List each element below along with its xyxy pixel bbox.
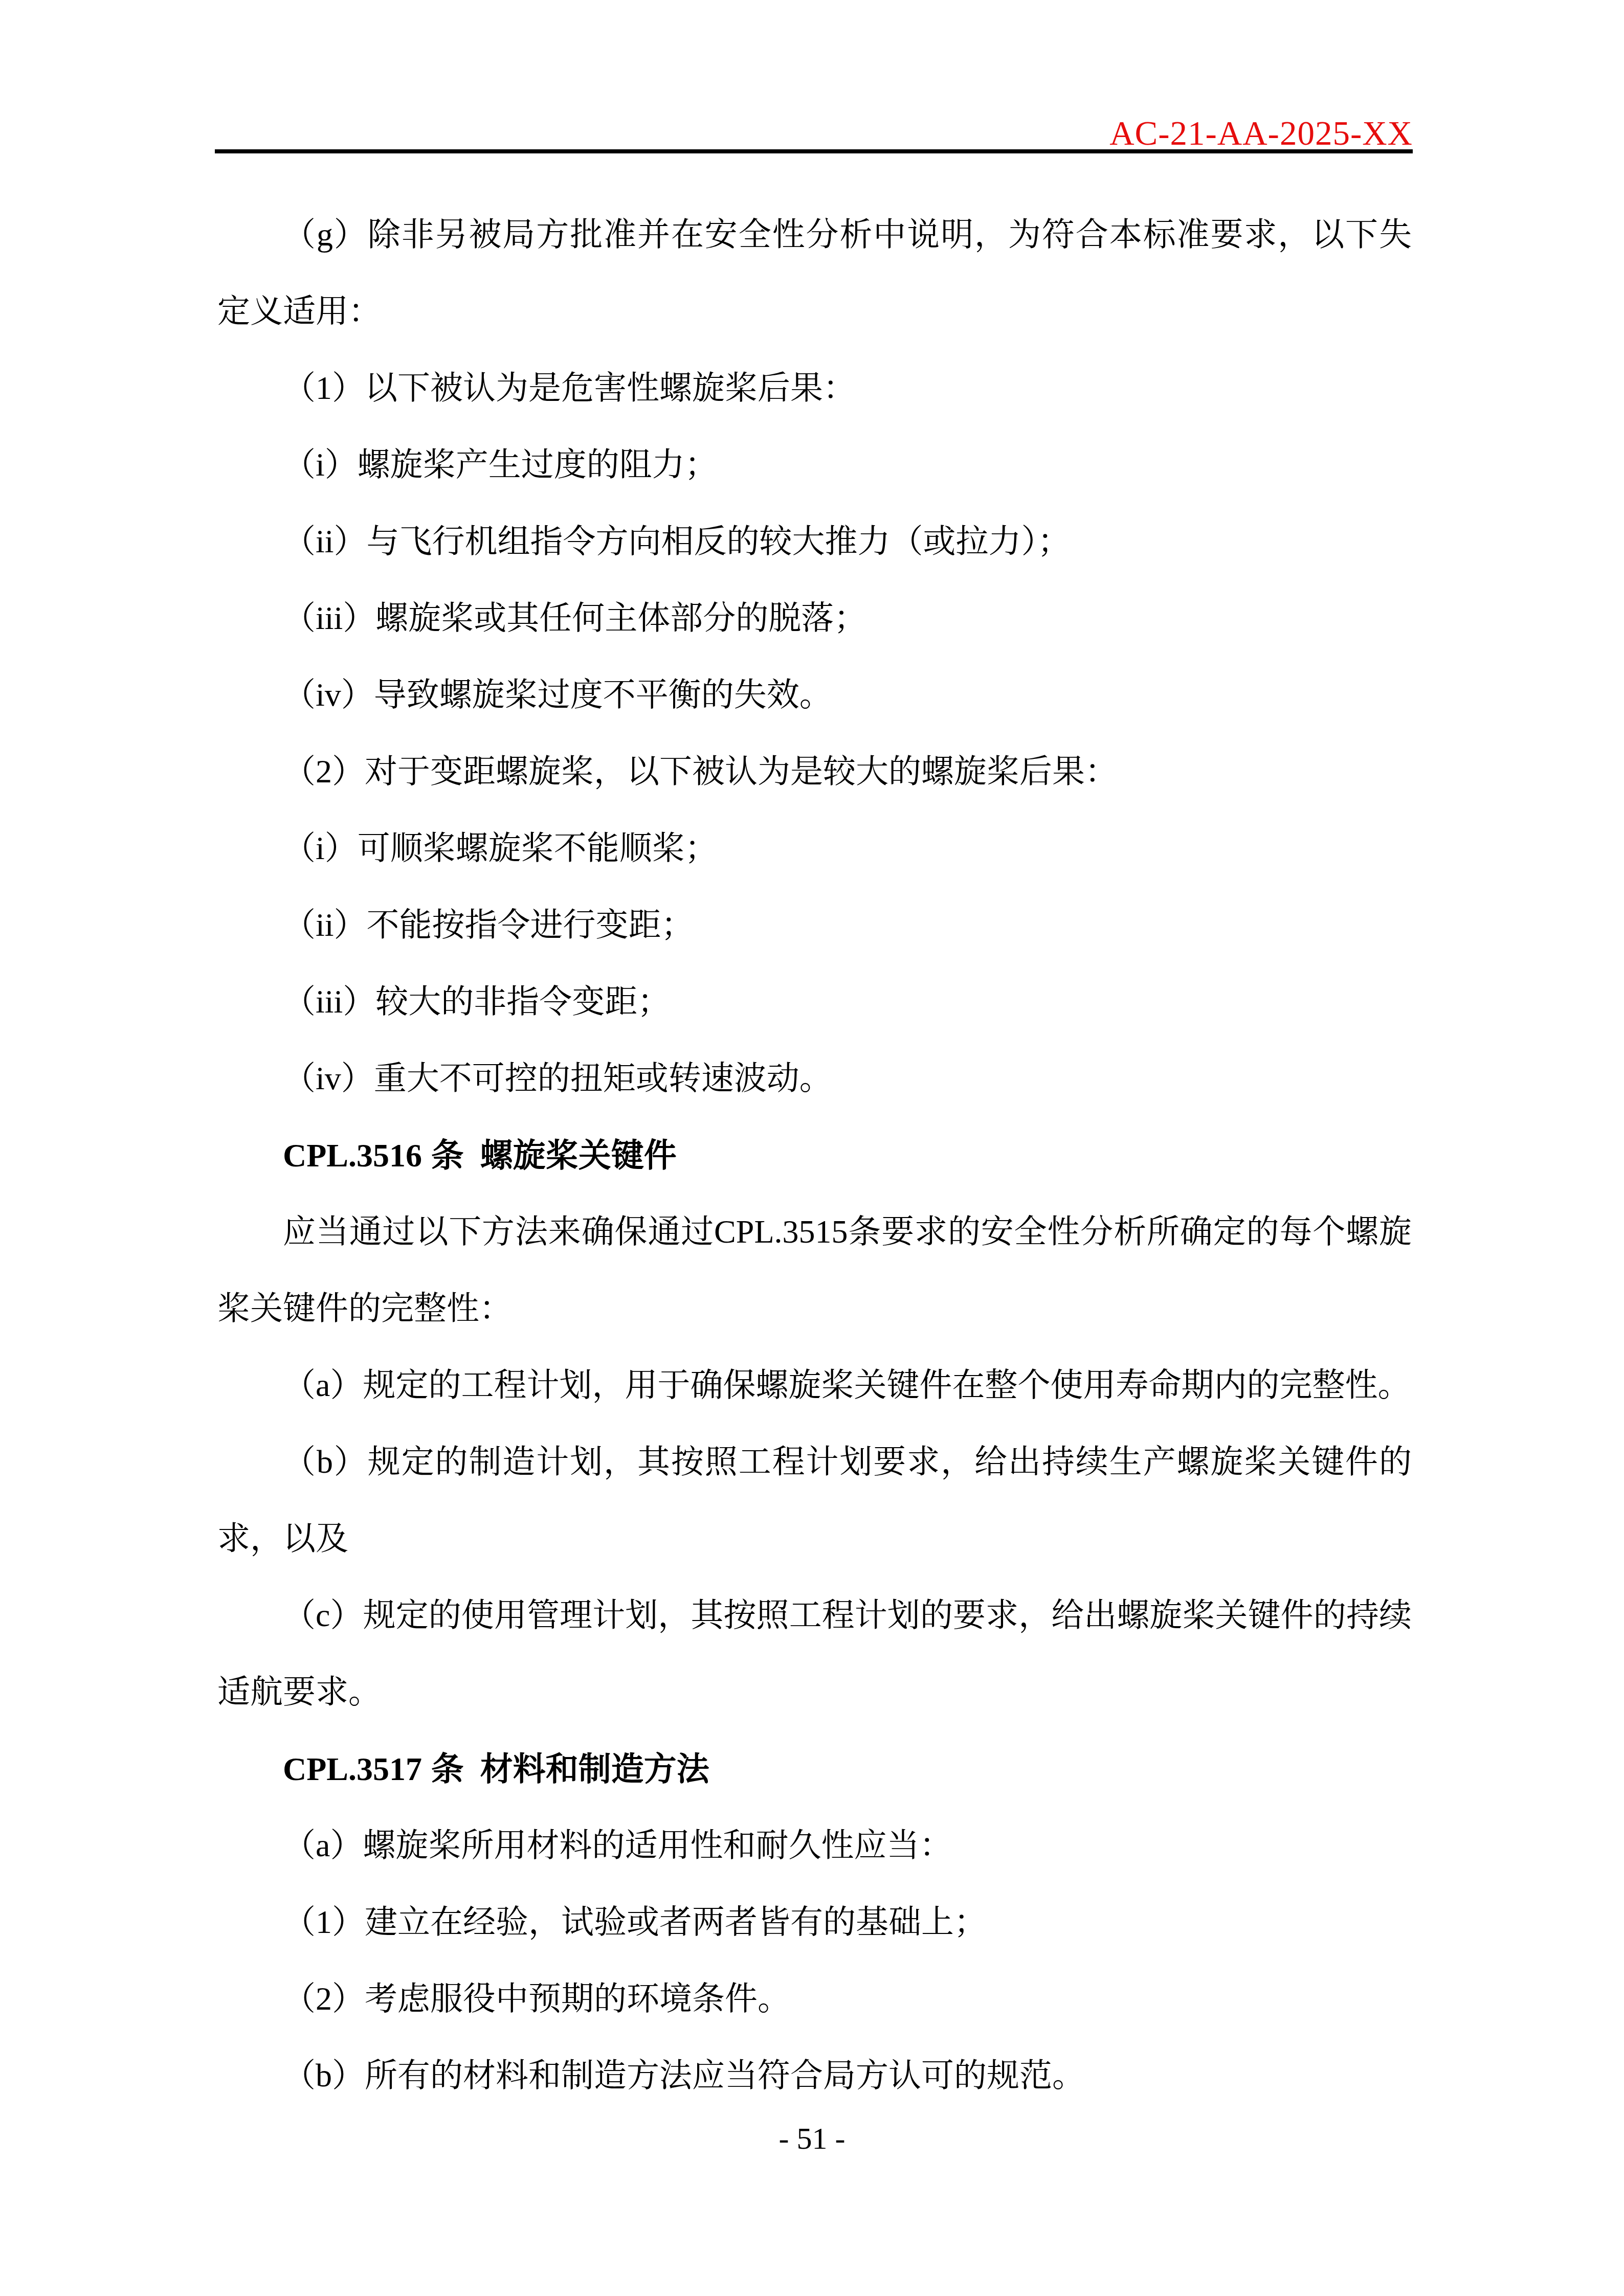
header-rule [215, 149, 1413, 153]
text-line: （1）以下被认为是危害性螺旋桨后果： [217, 350, 1412, 426]
text-line: （iv）导致螺旋桨过度不平衡的失效。 [217, 657, 1412, 733]
page-number: - 51 - [0, 2118, 1624, 2159]
document-body: （g）除非另被局方批准并在安全性分析中说明，为符合本标准要求，以下失效定义适用：… [217, 196, 1412, 2114]
section-title: 条 材料和制造方法 [422, 1750, 709, 1787]
text-line: （i）可顺桨螺旋桨不能顺桨； [217, 810, 1412, 887]
text-line: （2）考虑服役中预期的环境条件。 [217, 1961, 1412, 2037]
text-line: （iii）较大的非指令变距； [217, 963, 1412, 1040]
section-code: CPL.3517 [283, 1751, 422, 1787]
section-heading: CPL.3516 条 螺旋桨关键件 [217, 1117, 1412, 1194]
page: AC-21-AA-2025-XX （g）除非另被局方批准并在安全性分析中说明，为… [0, 0, 1624, 2296]
section-heading: CPL.3517 条 材料和制造方法 [217, 1730, 1412, 1807]
text-line: （iii）螺旋桨或其任何主体部分的脱落； [217, 580, 1412, 657]
text-line: （i）螺旋桨产生过度的阻力； [217, 426, 1412, 503]
text-line: （1）建立在经验，试验或者两者皆有的基础上； [217, 1884, 1412, 1961]
text-line: （b）规定的制造计划，其按照工程计划要求，给出持续生产螺旋桨关键件的要 [217, 1424, 1412, 1500]
section-code: CPL.3516 [283, 1137, 422, 1174]
text-line: 适航要求。 [217, 1654, 1412, 1730]
text-line: （iv）重大不可控的扭矩或转速波动。 [217, 1040, 1412, 1117]
text-line: （a）规定的工程计划，用于确保螺旋桨关键件在整个使用寿命期内的完整性。 [217, 1347, 1412, 1424]
text-line: 应当通过以下方法来确保通过CPL.3515条要求的安全性分析所确定的每个螺旋 [217, 1194, 1412, 1270]
text-line: （a）螺旋桨所用材料的适用性和耐久性应当： [217, 1807, 1412, 1884]
text-line: （c）规定的使用管理计划，其按照工程计划的要求，给出螺旋桨关键件的持续 [217, 1577, 1412, 1654]
doc-number: AC-21-AA-2025-XX [1109, 117, 1413, 151]
text-line: （ii）不能按指令进行变距； [217, 887, 1412, 963]
text-line: （g）除非另被局方批准并在安全性分析中说明，为符合本标准要求，以下失效 [217, 196, 1412, 273]
text-line: （b）所有的材料和制造方法应当符合局方认可的规范。 [217, 2037, 1412, 2114]
section-title: 条 螺旋桨关键件 [422, 1137, 677, 1174]
text-line: 求，以及 [217, 1500, 1412, 1577]
text-line: （ii）与飞行机组指令方向相反的较大推力（或拉力）； [217, 503, 1412, 580]
text-line: 定义适用： [217, 273, 1412, 350]
text-line: （2）对于变距螺旋桨，以下被认为是较大的螺旋桨后果： [217, 733, 1412, 810]
text-line: 桨关键件的完整性： [217, 1270, 1412, 1347]
